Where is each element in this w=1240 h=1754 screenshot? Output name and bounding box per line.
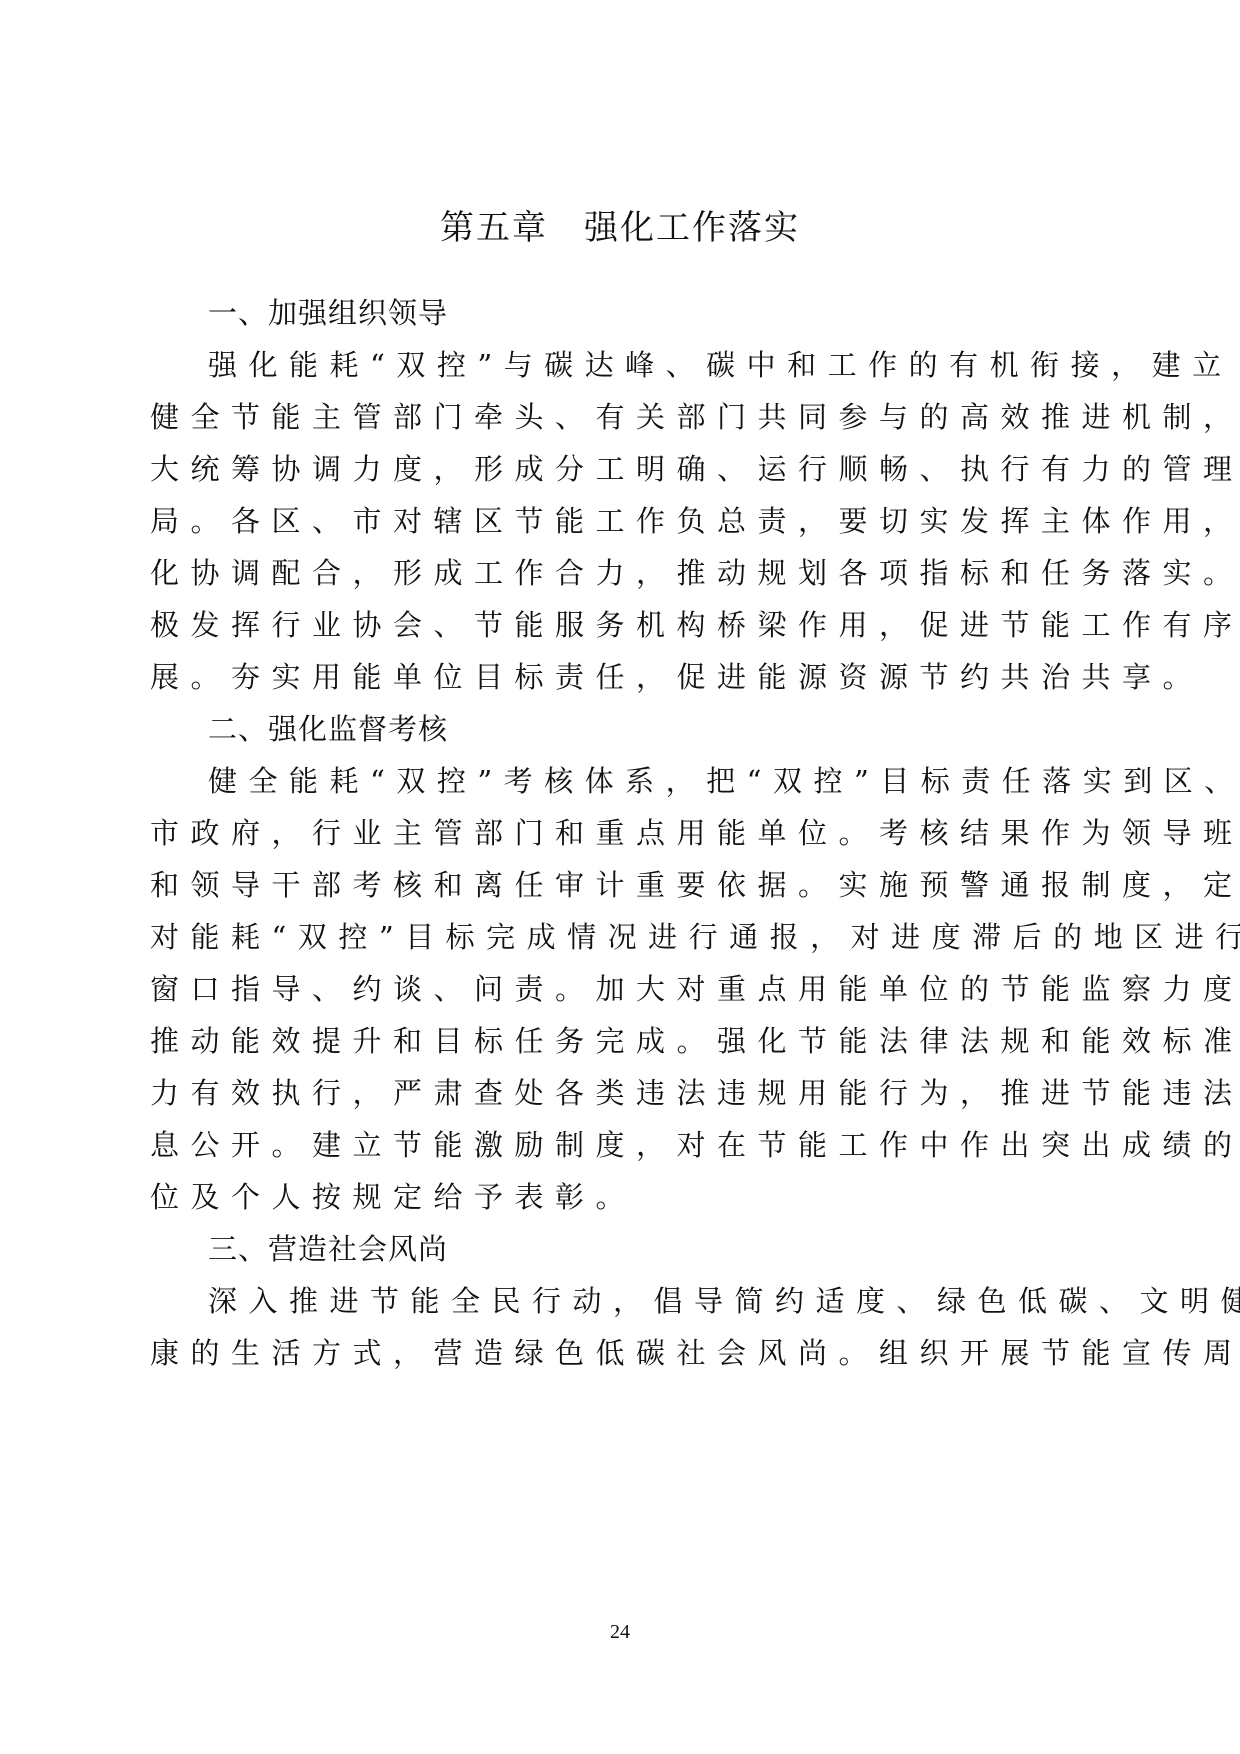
section-heading-3: 三、营造社会风尚 <box>150 1223 976 1275</box>
section-heading-1: 一、加强组织领导 <box>150 287 976 339</box>
paragraph-line: 位及个人按规定给予表彰。 <box>150 1171 976 1223</box>
paragraph-line: 健全能耗“双控”考核体系，把“双控”目标责任落实到区、 <box>150 755 976 807</box>
paragraph-line: 窗口指导、约谈、问责。加大对重点用能单位的节能监察力度， <box>150 963 976 1015</box>
paragraph-line: 市政府，行业主管部门和重点用能单位。考核结果作为领导班子 <box>150 807 976 859</box>
paragraph-line: 化协调配合，形成工作合力，推动规划各项指标和任务落实。积 <box>150 547 976 599</box>
paragraph-line: 康的生活方式，营造绿色低碳社会风尚。组织开展节能宣传周、 <box>150 1327 976 1379</box>
chapter-title: 第五章 强化工作落实 <box>0 205 1240 251</box>
paragraph-line: 深入推进节能全民行动，倡导简约适度、绿色低碳、文明健 <box>150 1275 976 1327</box>
paragraph-line: 力有效执行，严肃查处各类违法违规用能行为，推进节能违法信 <box>150 1067 976 1119</box>
paragraph-line: 强化能耗“双控”与碳达峰、碳中和工作的有机衔接，建立 <box>150 339 976 391</box>
document-page: 第五章 强化工作落实 一、加强组织领导 强化能耗“双控”与碳达峰、碳中和工作的有… <box>0 0 1240 1754</box>
paragraph-line: 展。夯实用能单位目标责任，促进能源资源节约共治共享。 <box>150 651 976 703</box>
paragraph-line: 对能耗“双控”目标完成情况进行通报，对进度滞后的地区进行 <box>150 911 976 963</box>
paragraph-line: 息公开。建立节能激励制度，对在节能工作中作出突出成绩的单 <box>150 1119 976 1171</box>
paragraph-line: 和领导干部考核和离任审计重要依据。实施预警通报制度，定期 <box>150 859 976 911</box>
paragraph-line: 健全节能主管部门牵头、有关部门共同参与的高效推进机制，加 <box>150 391 976 443</box>
section-heading-2: 二、强化监督考核 <box>150 703 976 755</box>
page-number: 24 <box>0 1620 1240 1644</box>
document-body: 一、加强组织领导 强化能耗“双控”与碳达峰、碳中和工作的有机衔接，建立 健全节能… <box>150 287 976 1379</box>
paragraph-line: 局。各区、市对辖区节能工作负总责，要切实发挥主体作用，强 <box>150 495 976 547</box>
paragraph-line: 推动能效提升和目标任务完成。强化节能法律法规和能效标准有 <box>150 1015 976 1067</box>
paragraph-line: 极发挥行业协会、节能服务机构桥梁作用，促进节能工作有序开 <box>150 599 976 651</box>
paragraph-line: 大统筹协调力度，形成分工明确、运行顺畅、执行有力的管理格 <box>150 443 976 495</box>
